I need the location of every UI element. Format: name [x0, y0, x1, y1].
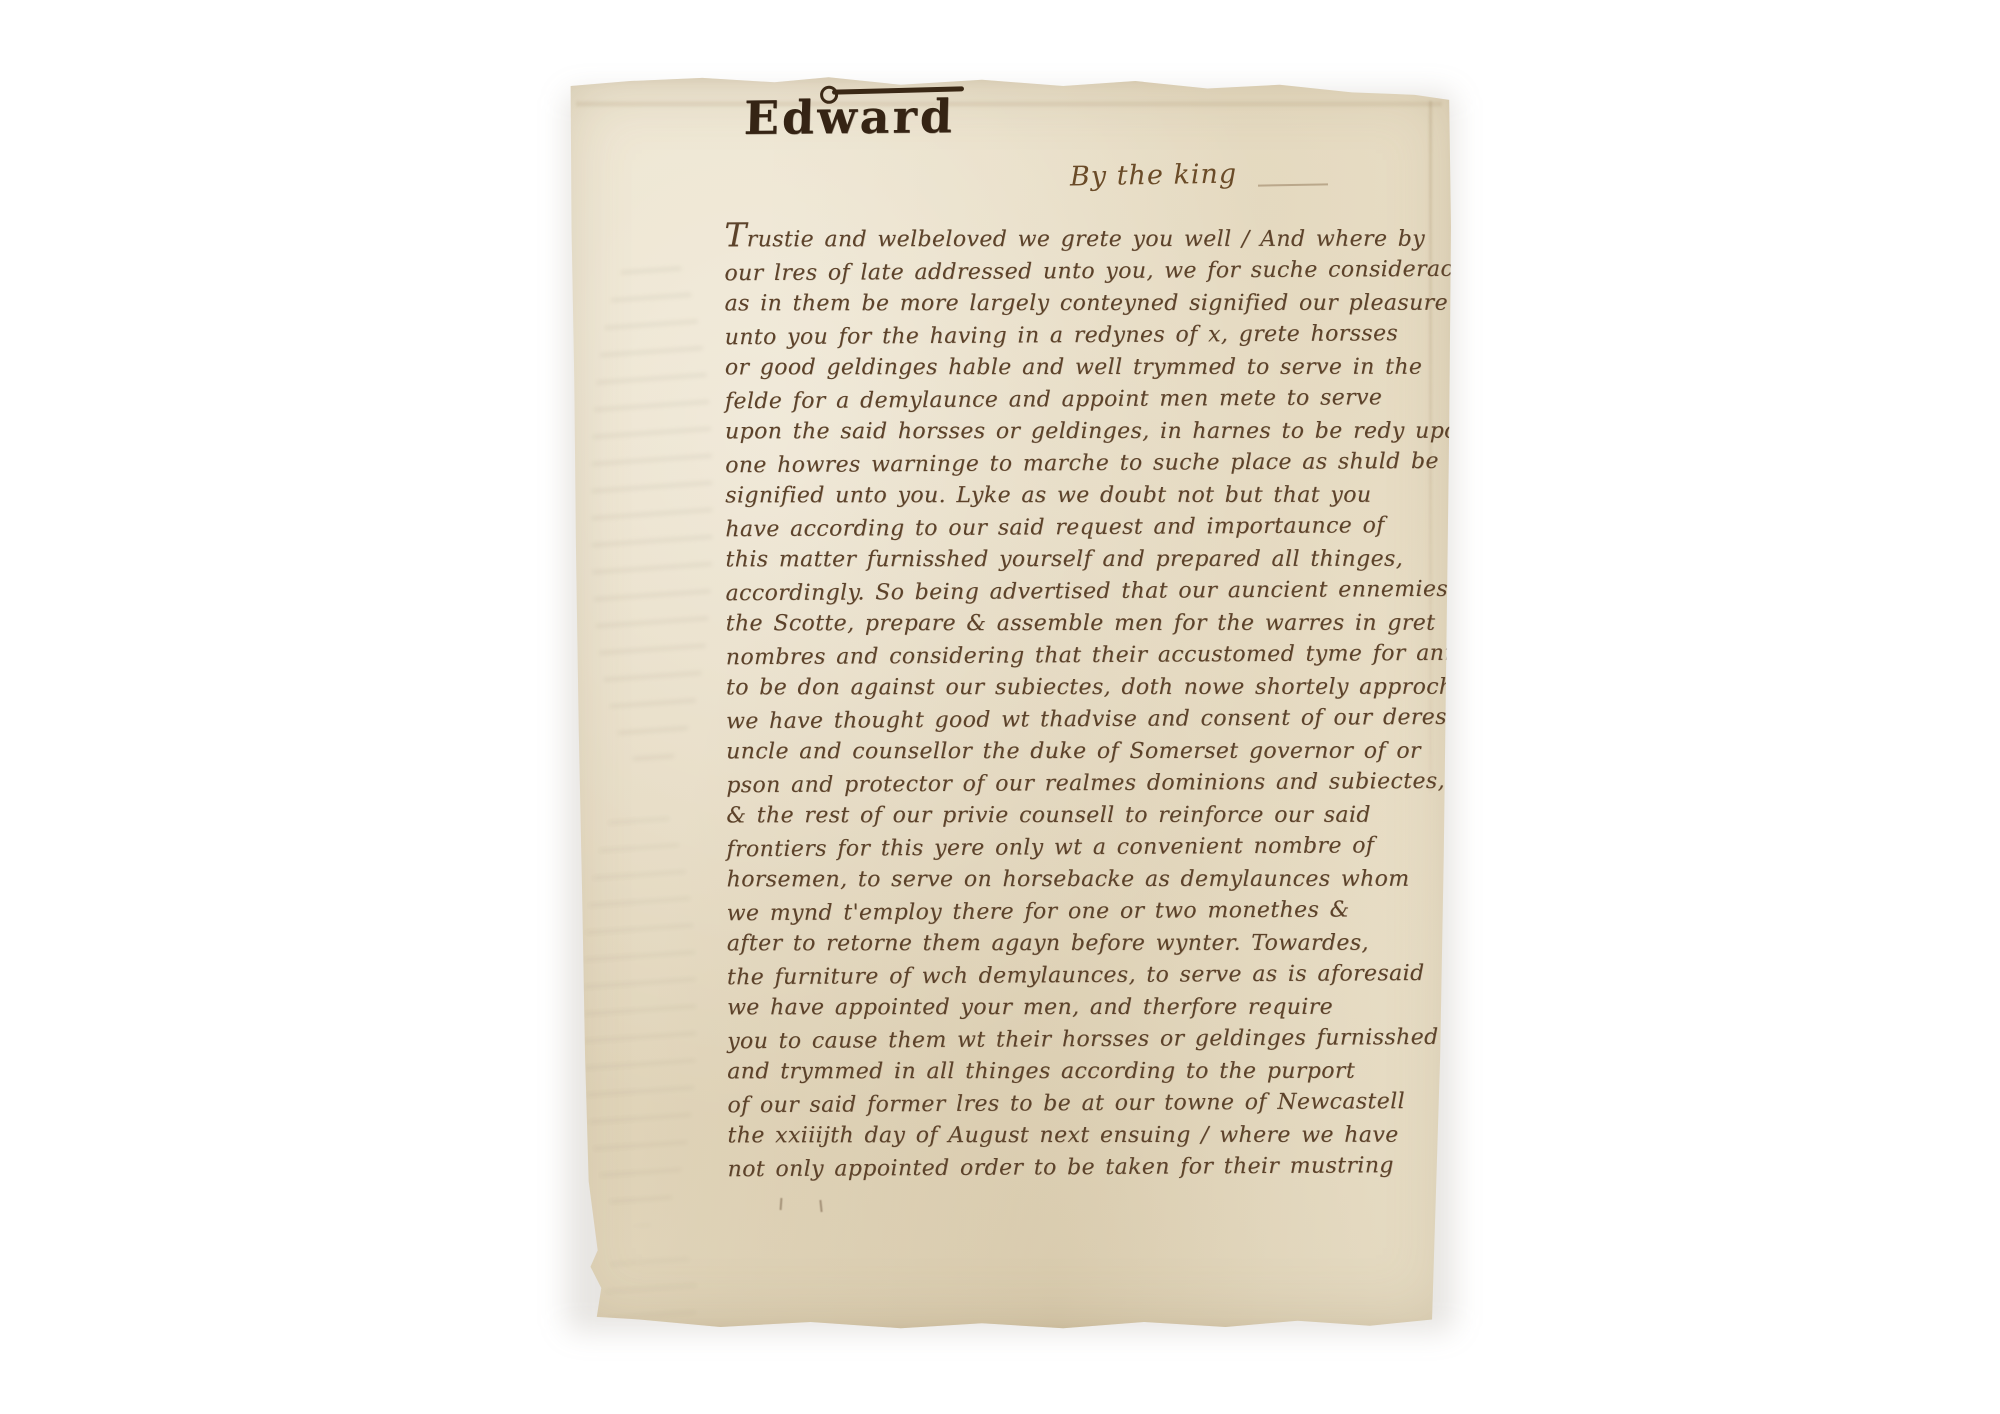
manuscript-line: frontiers for this yere only wt a conven…: [726, 830, 1468, 867]
manuscript-line: after to retorne them agayn before wynte…: [727, 928, 1469, 961]
manuscript-line: uncle and counsellor the duke of Somerse…: [726, 736, 1468, 769]
stray-ink-mark: [780, 1198, 783, 1210]
manuscript-line: upon the said horsses or geldinges, in h…: [725, 416, 1467, 449]
manuscript-line: accordingly. So being advertised that ou…: [726, 574, 1468, 611]
manuscript-line: and trymmed in all thinges according to …: [727, 1056, 1469, 1089]
manuscript-line: our lres of late addressed unto you, we …: [724, 254, 1466, 291]
manuscript-line: horsemen, to serve on horsebacke as demy…: [727, 864, 1469, 897]
manuscript-line: the furniture of wch demylaunces, to ser…: [727, 958, 1469, 995]
royal-signature: Edward: [744, 90, 974, 160]
photograph-background: { "colors": { "background": "#ffffff", "…: [0, 0, 2000, 1414]
superscription-flourish-line: [1258, 183, 1328, 186]
manuscript-line: Trustie and welbeloved we grete you well…: [724, 222, 1466, 257]
manuscript-line: we have thought good wt thadvise and con…: [726, 702, 1468, 739]
manuscript-line: to be don against our subiectes, doth no…: [726, 672, 1468, 705]
verso-ink-showthrough: [606, 1236, 696, 1356]
manuscript-line: the Scotte, prepare & assemble men for t…: [726, 608, 1468, 641]
manuscript-line: pson and protector of our realmes domini…: [726, 766, 1468, 803]
verso-ink-showthrough: [584, 796, 696, 1226]
fold-crease: [576, 100, 1442, 108]
manuscript-line: signified unto you. Lyke as we doubt not…: [725, 480, 1467, 513]
manuscript-line: as in them be more largely conteyned sig…: [725, 288, 1467, 321]
manuscript-line: unto you for the having in a redynes of …: [725, 318, 1467, 355]
manuscript-sheet: Edward By the king Trustie and welbelove…: [558, 76, 1460, 1332]
manuscript-line: not only appointed order to be taken for…: [728, 1150, 1470, 1187]
manuscript-line: this matter furnisshed yourself and prep…: [725, 544, 1467, 577]
manuscript-line: & the rest of our privie counsell to rei…: [726, 800, 1468, 833]
verso-ink-showthrough: [592, 246, 712, 766]
manuscript-line: nombres and considering that their accus…: [726, 638, 1468, 675]
manuscript-line: the xxiiijth day of August next ensuing …: [727, 1120, 1469, 1153]
manuscript-line: we mynd t'employ there for one or two mo…: [727, 894, 1469, 931]
manuscript-line: felde for a demylaunce and appoint men m…: [725, 382, 1467, 419]
manuscript-line: or good geldinges hable and well trymmed…: [725, 352, 1467, 385]
manuscript-line: have according to our said request and i…: [725, 510, 1467, 547]
manuscript-line: you to cause them wt their horsses or ge…: [727, 1022, 1469, 1059]
letter-body: Trustie and welbeloved we grete you well…: [724, 221, 1469, 1186]
superscription: By the king: [1070, 159, 1238, 193]
manuscript-line: one howres warninge to marche to suche p…: [725, 446, 1467, 483]
signature-text: Edward: [743, 89, 974, 145]
manuscript-line: of our said former lres to be at our tow…: [727, 1086, 1469, 1123]
stray-ink-mark: [819, 1200, 822, 1212]
manuscript-line: we have appointed your men, and therfore…: [727, 992, 1469, 1025]
